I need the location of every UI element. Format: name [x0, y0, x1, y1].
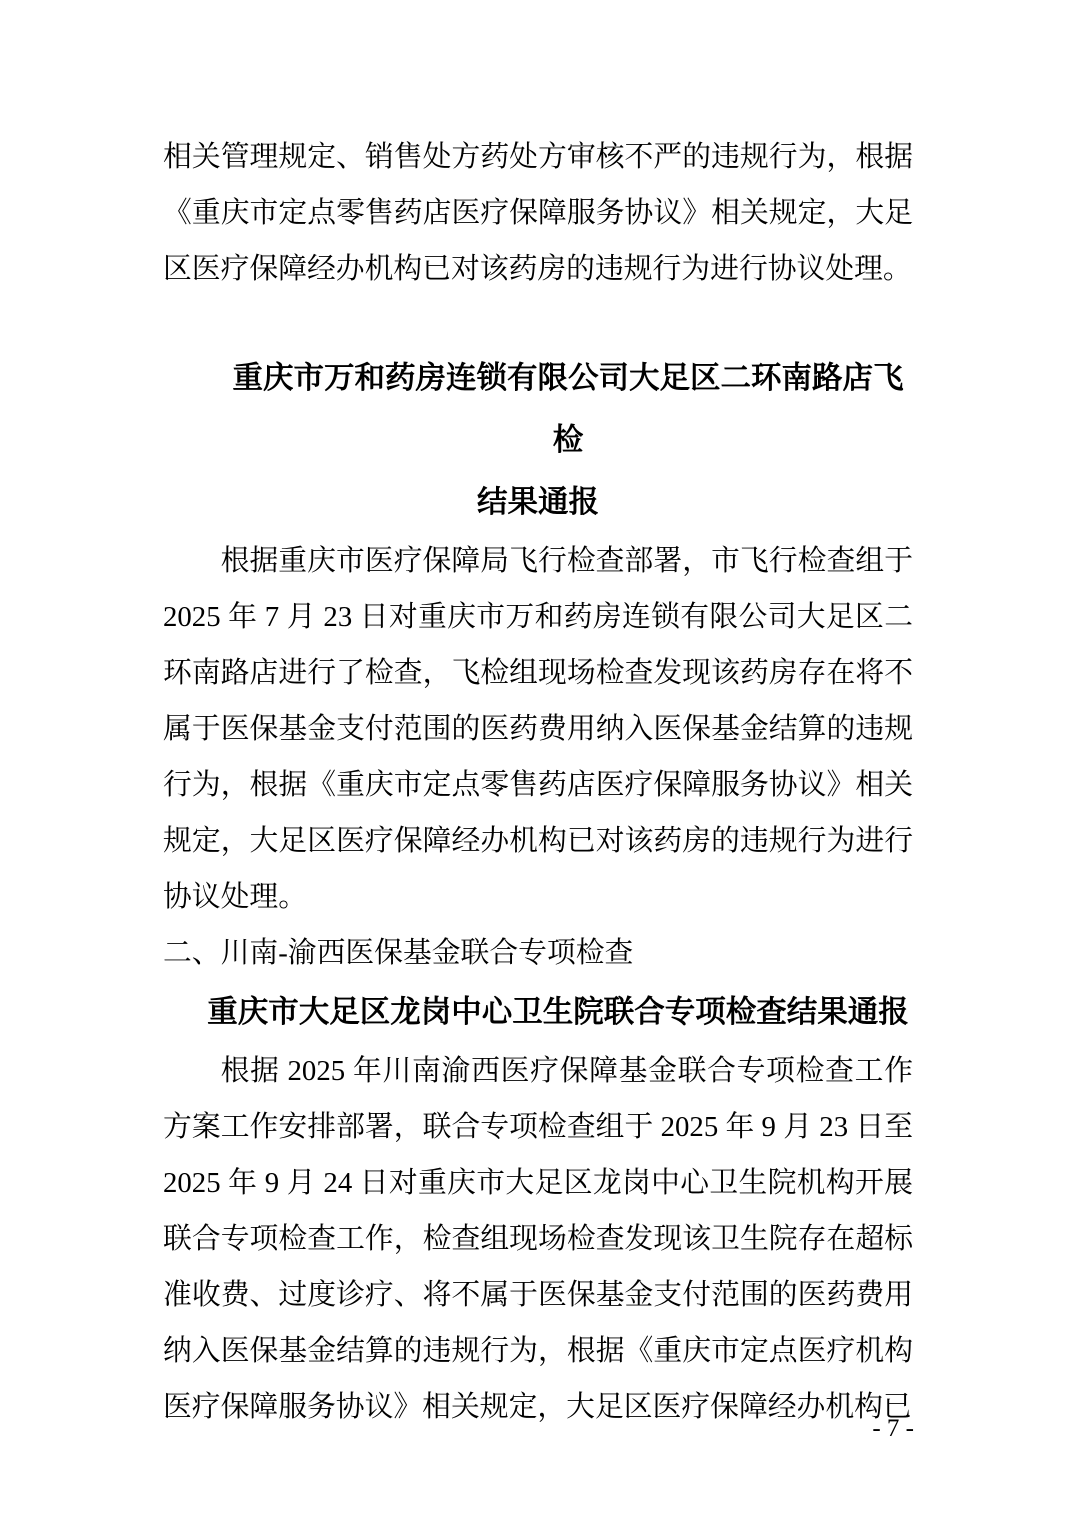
- notice1-body: 根据重庆市医疗保障局飞行检查部署，市飞行检查组于 2025 年 7 月 23 日…: [163, 533, 913, 925]
- notice2-body: 根据 2025 年川南渝西医疗保障基金联合专项检查工作方案工作安排部署，联合专项…: [163, 1043, 913, 1435]
- paragraph-continuation: 相关管理规定、销售处方药处方审核不严的违规行为，根据《重庆市定点零售药店医疗保障…: [163, 129, 913, 297]
- document-page: 相关管理规定、销售处方药处方审核不严的违规行为，根据《重庆市定点零售药店医疗保障…: [0, 0, 1074, 1520]
- notice1-title-line1: 重庆市万和药房连锁有限公司大足区二环南路店飞检: [223, 347, 913, 471]
- document-body: 相关管理规定、销售处方药处方审核不严的违规行为，根据《重庆市定点零售药店医疗保障…: [163, 129, 913, 1435]
- notice1-title: 重庆市万和药房连锁有限公司大足区二环南路店飞检 结果通报: [163, 347, 913, 533]
- section2-label: 二、川南-渝西医保基金联合专项检查: [163, 925, 913, 981]
- notice1-title-line2: 结果通报: [163, 471, 913, 533]
- notice2-title: 重庆市大足区龙岗中心卫生院联合专项检查结果通报: [203, 981, 913, 1043]
- page-number: - 7 -: [872, 1414, 914, 1444]
